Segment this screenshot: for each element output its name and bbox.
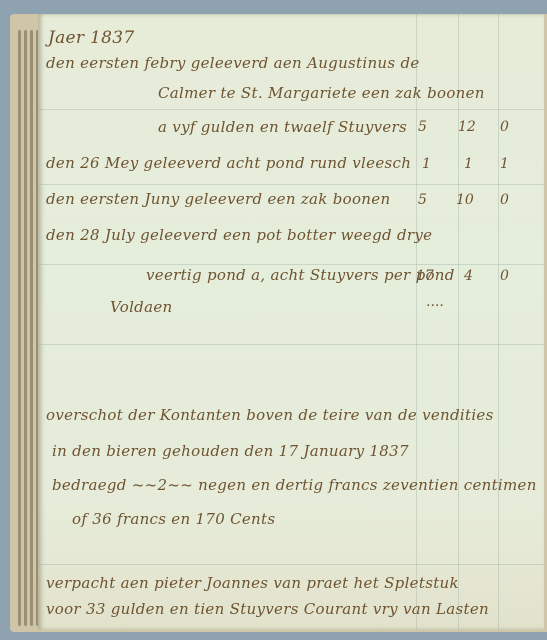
entry-line: a vyf gulden en twaelf Stuyvers [158, 118, 407, 136]
amount-guilders: 17 [416, 268, 434, 284]
entry-line: den eersten febry geleeverd aen Augustin… [46, 54, 420, 72]
amount-guilders: 5 [418, 192, 427, 208]
amount-guilders: 5 [418, 119, 427, 135]
lease-line: voor 33 gulden en tien Stuyvers Courant … [46, 600, 489, 618]
surplus-line: in den bieren gehouden den 17 January 18… [52, 442, 409, 460]
page-heading: Jaer 1837 [48, 28, 135, 48]
ledger-page: Jaer 1837 den eersten febry geleeverd ae… [38, 14, 544, 630]
surplus-line: of 36 francs en 170 Cents [72, 510, 275, 528]
settled-note: Voldaen [110, 298, 172, 316]
page-edge [24, 30, 27, 626]
page-edge [18, 30, 21, 626]
entry-line: den 28 July geleeverd een pot botter wee… [46, 226, 432, 244]
lease-line: verpacht aen pieter Joannes van praet he… [46, 574, 459, 592]
surplus-line: overschot der Kontanten boven de teire v… [46, 406, 494, 424]
amount-guilders: 1 [422, 156, 431, 172]
amount-stuivers: 1 [464, 156, 473, 172]
amount-stuivers: 10 [456, 192, 474, 208]
settled-marks: .... [426, 294, 444, 310]
amount-penningen: 0 [500, 119, 509, 135]
entry-line: den 26 Mey geleeverd acht pond rund vlee… [46, 154, 411, 172]
entry-line: Calmer te St. Margariete een zak boonen [158, 84, 485, 102]
amount-stuivers: 12 [458, 119, 476, 135]
amount-penningen: 0 [500, 192, 509, 208]
entry-line: veertig pond a, acht Stuyvers per pond [146, 266, 455, 284]
amount-penningen: 1 [500, 156, 509, 172]
amount-penningen: 0 [500, 268, 509, 284]
page-edge [30, 30, 33, 626]
amount-stuivers: 4 [464, 268, 473, 284]
surplus-line: bedraegd ~~2~~ negen en dertig francs ze… [52, 476, 537, 494]
entry-line: den eersten Juny geleeverd een zak boone… [46, 190, 390, 208]
